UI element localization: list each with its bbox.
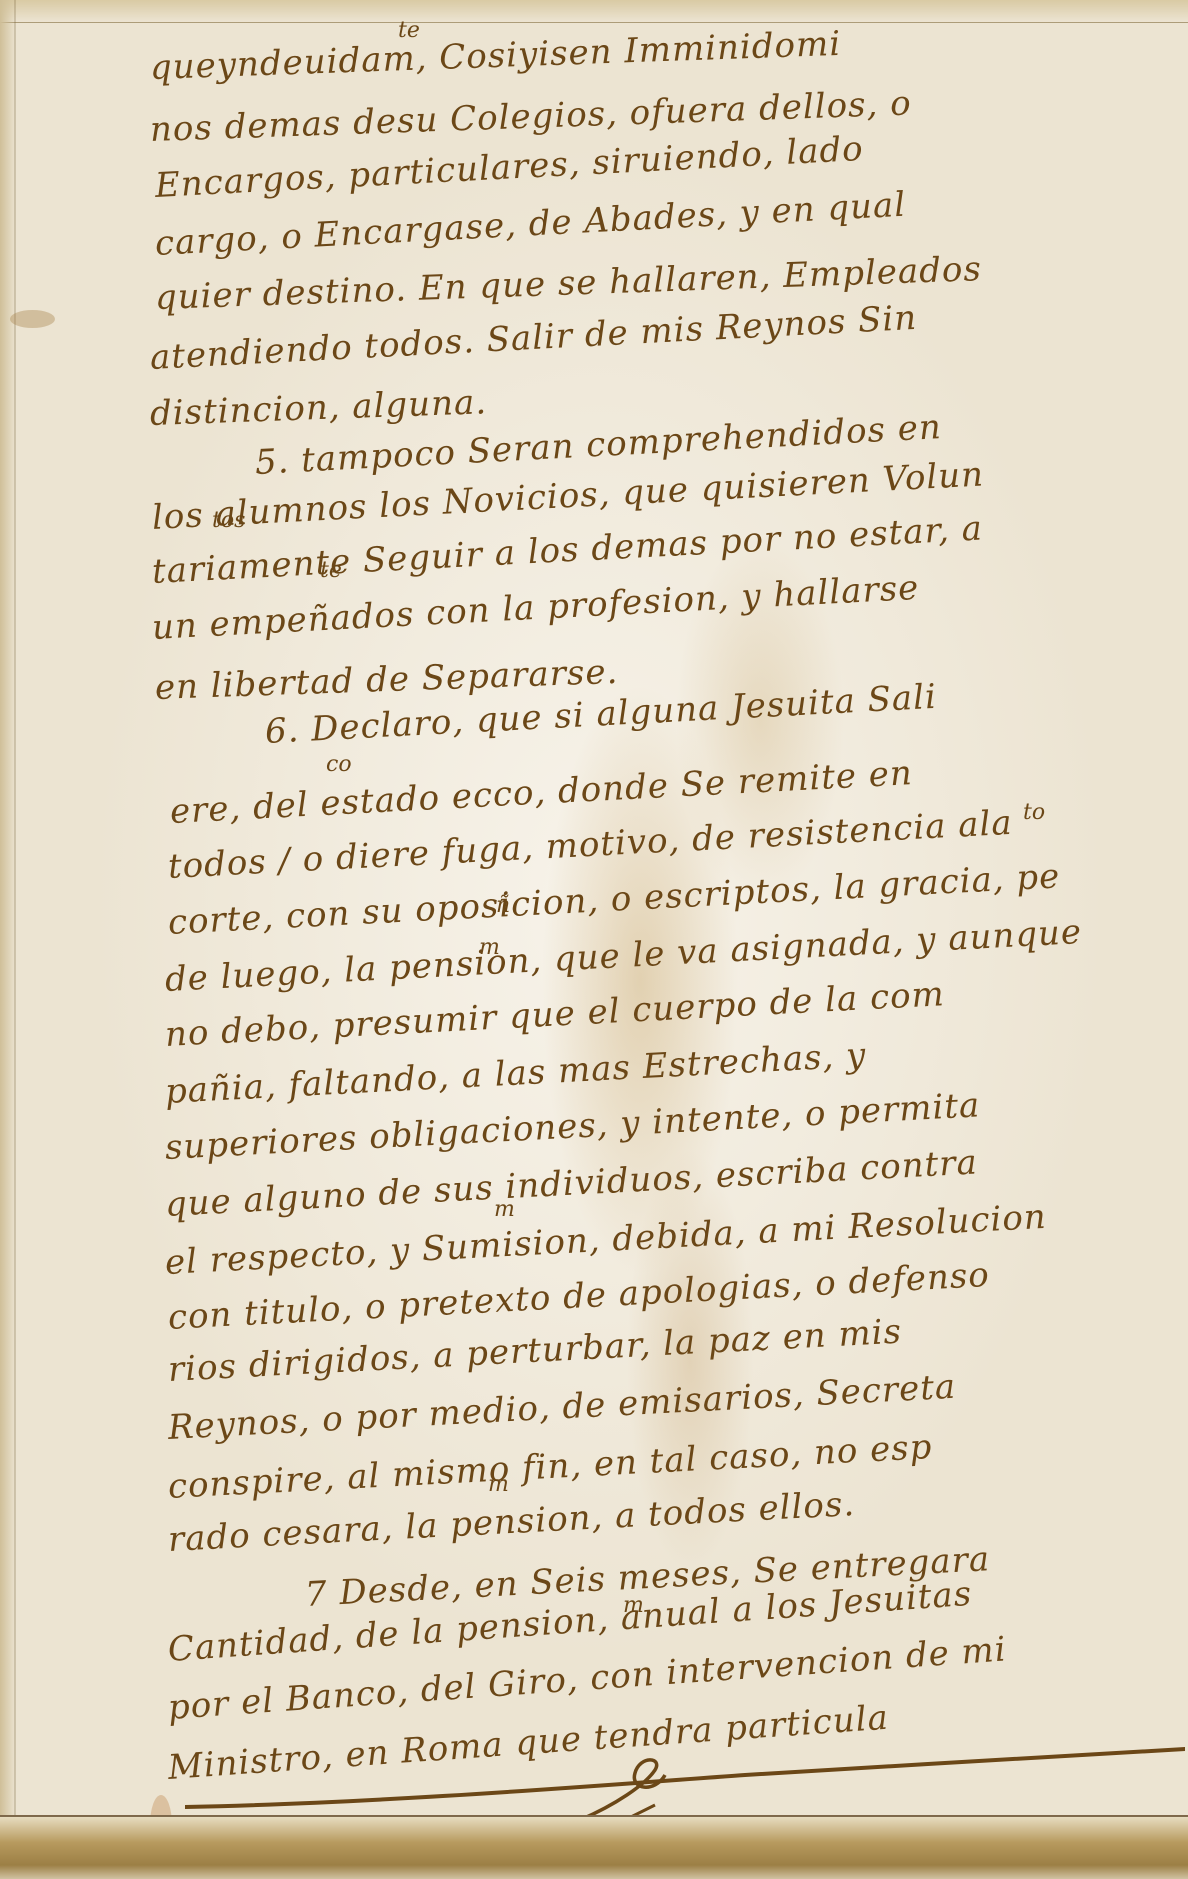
- handwritten-text: queyndeuidam, Cosiyisen Imminidominos de…: [0, 0, 1188, 1879]
- superscript-abbreviation: m: [479, 935, 500, 960]
- superscript-abbreviation: ñ: [496, 893, 510, 918]
- manuscript-line: queyndeuidam, Cosiyisen Imminidomi: [149, 24, 841, 88]
- superscript-abbreviation: m: [488, 1472, 509, 1497]
- superscript-abbreviation: co: [326, 752, 352, 777]
- superscript-abbreviation: te: [398, 18, 420, 43]
- manuscript-line: distincion, alguna.: [149, 382, 487, 434]
- superscript-abbreviation: tos: [212, 508, 245, 533]
- superscript-abbreviation: m: [494, 1197, 515, 1222]
- superscript-abbreviation: m: [623, 1593, 644, 1618]
- superscript-abbreviation: te: [320, 558, 342, 583]
- torn-bottom-edge: [0, 1815, 1188, 1879]
- manuscript-page: queyndeuidam, Cosiyisen Imminidominos de…: [0, 0, 1188, 1879]
- superscript-abbreviation: to: [1023, 800, 1045, 825]
